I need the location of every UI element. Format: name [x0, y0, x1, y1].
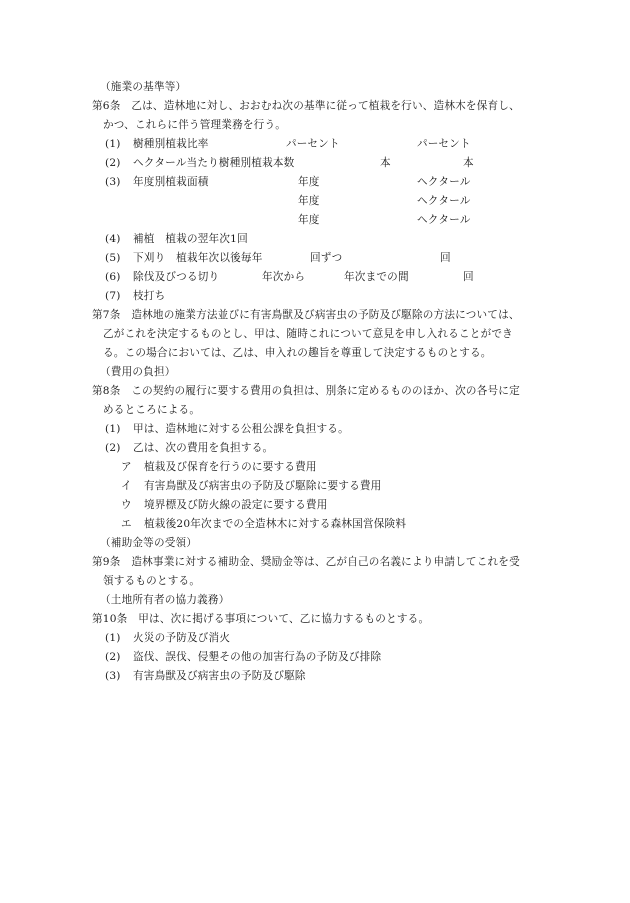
article-6-line-1: 第6条 乙は、造林地に対し、おおむね次の基準に従って植栽を行い、造林木を保育し、 [92, 99, 520, 113]
item-label: 樹種別植栽比率 [133, 137, 209, 151]
unit-label: 本 [380, 156, 391, 170]
item-number: (7) [105, 289, 121, 303]
item-number: (6) [105, 270, 121, 284]
section-heading-8: （費用の負担） [100, 365, 176, 379]
sub-item-text: 植栽後20年次までの全造林木に対する森林国営保険料 [144, 517, 406, 531]
sub-item-mark: ウ [121, 498, 132, 512]
item-number: (1) [105, 137, 121, 151]
item-number: (1) [105, 422, 121, 436]
item-text: 乙は、次の費用を負担する。 [133, 441, 273, 455]
sub-item-mark: ア [121, 460, 132, 474]
unit-label: 回ずつ [310, 251, 342, 265]
unit-label: 回 [463, 270, 474, 284]
item-number: (3) [105, 669, 121, 683]
article-6-line-2: かつ、これらに伴う管理業務を行う。 [103, 118, 286, 132]
article-9-line-2: 領するものとする。 [103, 574, 200, 588]
item-text: 有害鳥獣及び病害虫の予防及び駆除 [133, 669, 306, 683]
unit-label: 年次までの間 [344, 270, 409, 284]
sub-item-text: 植栽及び保育を行うのに要する費用 [144, 460, 317, 474]
item-number: (4) [105, 232, 121, 246]
unit-label: 年度 [298, 175, 320, 189]
unit-label: パーセント [286, 137, 340, 151]
item-number: (1) [105, 631, 121, 645]
unit-label: 年度 [298, 213, 320, 227]
item-text: 盗伐、誤伐、侵墾その他の加害行為の予防及び排除 [133, 650, 381, 664]
sub-item-text: 有害鳥獣及び病害虫の予防及び駆除に要する費用 [144, 479, 381, 493]
item-number: (2) [105, 156, 121, 170]
unit-label: ヘクタール [417, 213, 471, 227]
article-7-line-2: 乙がこれを決定するものとし、甲は、随時これについて意見を申し入れることができ [103, 327, 513, 341]
article-8-line-1: 第8条 この契約の履行に要する費用の負担は、別条に定めるもののほか、次の各号に定 [92, 384, 520, 398]
item-number: (2) [105, 650, 121, 664]
item-label: 年度別植栽面積 [133, 175, 209, 189]
item-text: 除伐及びつる切り [133, 270, 219, 284]
item-text: 補植 植栽の翌年次1回 [133, 232, 248, 246]
item-text: 枝打ち [133, 289, 165, 303]
item-text: 甲は、造林地に対する公租公課を負担する。 [133, 422, 349, 436]
item-number: (2) [105, 441, 121, 455]
article-7-line-1: 第7条 造林地の施業方法並びに有害鳥獣及び病害虫の予防及び駆除の方法については、 [92, 308, 520, 322]
article-10-line-1: 第10条 甲は、次に掲げる事項について、乙に協力するものとする。 [92, 612, 429, 626]
item-text: 火災の予防及び消火 [133, 631, 230, 645]
unit-label: 本 [463, 156, 474, 170]
section-heading-10: （土地所有者の協力義務） [100, 593, 230, 607]
item-label: ヘクタール当たり樹種別植栽本数 [133, 156, 294, 170]
article-8-line-2: めるところによる。 [103, 403, 200, 417]
item-text: 下刈り 植栽年次以後毎年 [133, 251, 263, 265]
unit-label: 年次から [262, 270, 305, 284]
section-heading-9: （補助金等の受領） [100, 536, 197, 550]
unit-label: ヘクタール [417, 194, 471, 208]
article-9-line-1: 第9条 造林事業に対する補助金、奨励金等は、乙が自己の名義により申請してこれを受 [92, 555, 520, 569]
sub-item-mark: エ [121, 517, 132, 531]
document-page: （施業の基準等） 第6条 乙は、造林地に対し、おおむね次の基準に従って植栽を行い… [0, 0, 630, 903]
unit-label: ヘクタール [417, 175, 471, 189]
section-heading-6: （施業の基準等） [100, 80, 186, 94]
item-number: (5) [105, 251, 121, 265]
item-number: (3) [105, 175, 121, 189]
unit-label: 年度 [298, 194, 320, 208]
sub-item-mark: イ [121, 479, 132, 493]
article-7-line-3: る。この場合においては、乙は、申入れの趣旨を尊重して決定するものとする。 [103, 346, 492, 360]
unit-label: パーセント [417, 137, 471, 151]
sub-item-text: 境界標及び防火線の設定に要する費用 [144, 498, 328, 512]
unit-label: 回 [440, 251, 451, 265]
